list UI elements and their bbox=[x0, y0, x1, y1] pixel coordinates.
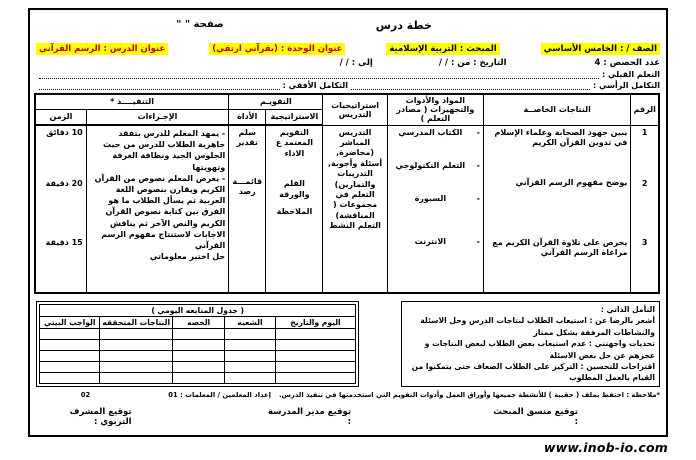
followup-table-title: ( جدول المتابعه اليومي ) bbox=[40, 305, 356, 317]
eval-tool-cell: سلم تقدير قائمـــة رصد bbox=[229, 125, 266, 293]
followup-cell bbox=[225, 329, 275, 340]
dash-bullet: - bbox=[470, 128, 480, 137]
page-frame: خطة درس صفحة " " الصف / : الخامس الأساسي… bbox=[28, 8, 668, 437]
lesson-plan-table: الرقم النتاجات الخاصــة المواد والأدوات … bbox=[34, 93, 660, 294]
material-item: -الكتاب المدرسي bbox=[391, 128, 480, 137]
eval-strategy-cell: التقويم المعتمد ع الاداء القلم والورقة ا… bbox=[266, 125, 323, 293]
materials-cell: -الكتاب المدرسي -التعلم التكنولوجي -السب… bbox=[387, 125, 483, 293]
time-value: 15 دقيقة bbox=[39, 238, 83, 247]
doc-title: خطة درس bbox=[376, 19, 432, 32]
col-header-eval-tool: الأداة bbox=[229, 110, 266, 126]
followup-cell bbox=[100, 329, 173, 340]
col-header-outcomes: النتاجات الخاصــة bbox=[483, 94, 630, 125]
eval-tool-item: قائمـــة رصد bbox=[232, 177, 262, 198]
prior-learning-row: التعلم القبلي : bbox=[36, 70, 660, 79]
time-cell: 10 دقائق 20 دقيقة 15 دقيقة bbox=[35, 125, 86, 293]
eval-strategy-item: التقويم المعتمد ع الاداء bbox=[269, 128, 319, 159]
prepared-by-label: إعداد المعلمين / المعلمات : 01 bbox=[168, 391, 271, 399]
date-from-field: التاريخ : من : / / bbox=[439, 58, 507, 68]
procedure-step: - يعرض المعلم نصوص من القرآن الكريم ويقا… bbox=[90, 173, 225, 251]
followup-cell bbox=[100, 373, 173, 384]
bottom-section: التأمل الذاتي : أشعر بالرضا عن : استيعاب… bbox=[36, 301, 660, 387]
class-label: الصف / : الخامس الأساسي bbox=[541, 43, 660, 55]
dash-bullet: - bbox=[470, 161, 480, 170]
dash-bullet: - bbox=[470, 194, 480, 203]
col-header-eval-strategy: الاستراتيجية bbox=[266, 110, 323, 126]
followup-empty-row bbox=[40, 340, 356, 351]
unit-title-label: عنوان الوحدة : (بقرآني ارتقي) bbox=[209, 43, 345, 55]
followup-col-period: الحصه bbox=[172, 317, 224, 329]
material-item: -السبورة bbox=[391, 194, 480, 203]
prior-learning-label: التعلم القبلي : bbox=[602, 70, 660, 79]
vertical-integration-label: التكامل الرأسي : bbox=[593, 81, 660, 90]
row-number: 1 bbox=[634, 128, 655, 137]
procedure-step: حل اختبر معلوماتي bbox=[90, 251, 225, 262]
followup-cell bbox=[40, 351, 100, 362]
outcome-item: يحرص على تلاوة القرآن الكريم مع مراعاة ا… bbox=[487, 238, 627, 258]
dotted-line bbox=[39, 82, 280, 90]
col-header-execution: التنفيــــذ * bbox=[35, 94, 229, 110]
horizontal-integration: التكامل الأفقي : bbox=[36, 81, 348, 90]
reflection-challenges: تحديات واجهتني : عدم استيعاب بعض الطلاب … bbox=[406, 338, 655, 361]
material-item: -التعلم التكنولوجي bbox=[391, 161, 480, 170]
followup-cell bbox=[172, 340, 224, 351]
note-text: *ملاحظة : احتفظ بملف ( حقيبة ) للأنشطة ج… bbox=[279, 391, 660, 399]
eval-tool-item: سلم تقدير bbox=[232, 128, 262, 149]
followup-cell bbox=[40, 340, 100, 351]
vertical-integration: التكامل الرأسي : bbox=[348, 81, 660, 90]
col-header-procedures: الإجـراءات bbox=[86, 110, 228, 126]
eval-strategy-item: القلم والورقة bbox=[269, 179, 319, 200]
reflection-improvements: اقتراحات للتحسين : التركيز على الطلاب ال… bbox=[406, 361, 655, 384]
followup-cell bbox=[172, 373, 224, 384]
followup-empty-row bbox=[40, 373, 356, 384]
followup-cell bbox=[275, 340, 356, 351]
followup-cell bbox=[275, 329, 356, 340]
col-header-strategies: استراتيجيات التدريس bbox=[323, 94, 387, 125]
row-numbers-cell: 1 2 3 bbox=[631, 125, 659, 293]
self-reflection-box: التأمل الذاتي : أشعر بالرضا عن : استيعاب… bbox=[401, 301, 660, 387]
footer-note-row: *ملاحظة : احتفظ بملف ( حقيبة ) للأنشطة ج… bbox=[36, 391, 660, 399]
followup-cell bbox=[172, 351, 224, 362]
followup-cell bbox=[100, 362, 173, 373]
highlighted-info-row: الصف / : الخامس الأساسي المبحث : التربية… bbox=[36, 43, 660, 55]
col-header-materials: المواد والأدوات والتجهيزات ( مصادر التعل… bbox=[387, 94, 483, 125]
time-value: 20 دقيقة bbox=[39, 179, 83, 188]
col-header-number: الرقم bbox=[631, 94, 659, 125]
reflection-title: التأمل الذاتي : bbox=[406, 304, 655, 315]
row-number: 3 bbox=[634, 238, 655, 247]
website-watermark: www.inob-io.com bbox=[544, 440, 668, 455]
dotted-line bbox=[351, 82, 590, 90]
outcome-item: يبين جهود الصحابة وعلماء الإسلام في تدوي… bbox=[487, 128, 627, 148]
followup-empty-row bbox=[40, 329, 356, 340]
subject-label: المبحث : التربية الإسلامية bbox=[386, 43, 499, 55]
followup-cell bbox=[275, 351, 356, 362]
followup-cell bbox=[40, 362, 100, 373]
followup-cell bbox=[225, 340, 275, 351]
periods-count: عدد الحصص : 4 bbox=[595, 58, 660, 68]
dash-bullet: - bbox=[470, 237, 480, 246]
procedures-cell: - يمهد المعلم للدرس بتفقد جاهزية الطلاب … bbox=[86, 125, 228, 293]
procedure-step: - يمهد المعلم للدرس بتفقد جاهزية الطلاب … bbox=[90, 128, 225, 173]
followup-cell bbox=[172, 362, 224, 373]
lesson-plan-document: خطة درس صفحة " " الصف / : الخامس الأساسي… bbox=[0, 0, 696, 460]
col-header-evaluation: التقويـم bbox=[229, 94, 323, 110]
row-number: 2 bbox=[634, 179, 655, 188]
followup-col-day-date: اليوم والتاريخ bbox=[275, 317, 356, 329]
followup-cell bbox=[40, 329, 100, 340]
periods-date-row: عدد الحصص : 4 التاريخ : من : / / إلى : /… bbox=[36, 58, 660, 68]
top-titles: خطة درس صفحة " " bbox=[36, 13, 660, 43]
material-item: -الانترنت bbox=[391, 237, 480, 246]
eval-strategy-item: الملاحظة bbox=[269, 207, 319, 217]
integration-row: التكامل الرأسي : التكامل الأفقي : bbox=[36, 81, 660, 90]
followup-cell bbox=[225, 362, 275, 373]
dotted-line bbox=[39, 71, 599, 79]
followup-cell bbox=[40, 373, 100, 384]
daily-followup-box: ( جدول المتابعه اليومي ) اليوم والتاريخ … bbox=[36, 301, 359, 387]
followup-cell bbox=[100, 351, 173, 362]
teacher-number-02: 02 bbox=[81, 391, 90, 399]
followup-cell bbox=[225, 351, 275, 362]
page-number-label: صفحة " " bbox=[176, 19, 224, 30]
col-header-time: الزمن bbox=[35, 110, 86, 126]
followup-empty-row bbox=[40, 362, 356, 373]
footer: *ملاحظة : احتفظ بملف ( حقيبة ) للأنشطة ج… bbox=[36, 391, 660, 427]
followup-empty-row bbox=[40, 351, 356, 362]
followup-cell bbox=[172, 329, 224, 340]
followup-cell bbox=[100, 340, 173, 351]
date-to-field: إلى : / / bbox=[340, 58, 373, 68]
lesson-title-label: عنوان الدرس : الرسم القرآني bbox=[36, 43, 168, 55]
horizontal-integration-label: التكامل الأفقي : bbox=[283, 81, 348, 90]
followup-col-homework: الواجب البيتي bbox=[40, 317, 100, 329]
subject-coordinator-signature-label: توقيع منسق المبحث : bbox=[493, 407, 578, 427]
time-value: 10 دقائق bbox=[39, 128, 83, 137]
followup-cell bbox=[275, 362, 356, 373]
strategies-cell: التدريس المباشر (محاضرة, أسئلة وأجوبة, ا… bbox=[323, 125, 387, 293]
followup-col-achieved-outcomes: النتاجات المتحققه bbox=[100, 317, 173, 329]
followup-col-section: الشعبه bbox=[225, 317, 275, 329]
signatures-row: توقيع منسق المبحث : توقيع مدير المدرسة :… bbox=[36, 407, 660, 427]
outcome-item: يوضح مفهوم الرسم القرآني bbox=[487, 178, 627, 188]
daily-followup-table: ( جدول المتابعه اليومي ) اليوم والتاريخ … bbox=[39, 304, 356, 384]
principal-signature-label: توقيع مدير المدرسة : bbox=[268, 407, 351, 427]
reflection-satisfaction: أشعر بالرضا عن : استيعاب الطلاب لنتاجات … bbox=[406, 315, 655, 338]
supervisor-signature-label: توقيع المشرف التربوي : bbox=[36, 407, 132, 427]
followup-cell bbox=[225, 373, 275, 384]
outcomes-cell: يبين جهود الصحابة وعلماء الإسلام في تدوي… bbox=[483, 125, 630, 293]
followup-cell bbox=[275, 373, 356, 384]
